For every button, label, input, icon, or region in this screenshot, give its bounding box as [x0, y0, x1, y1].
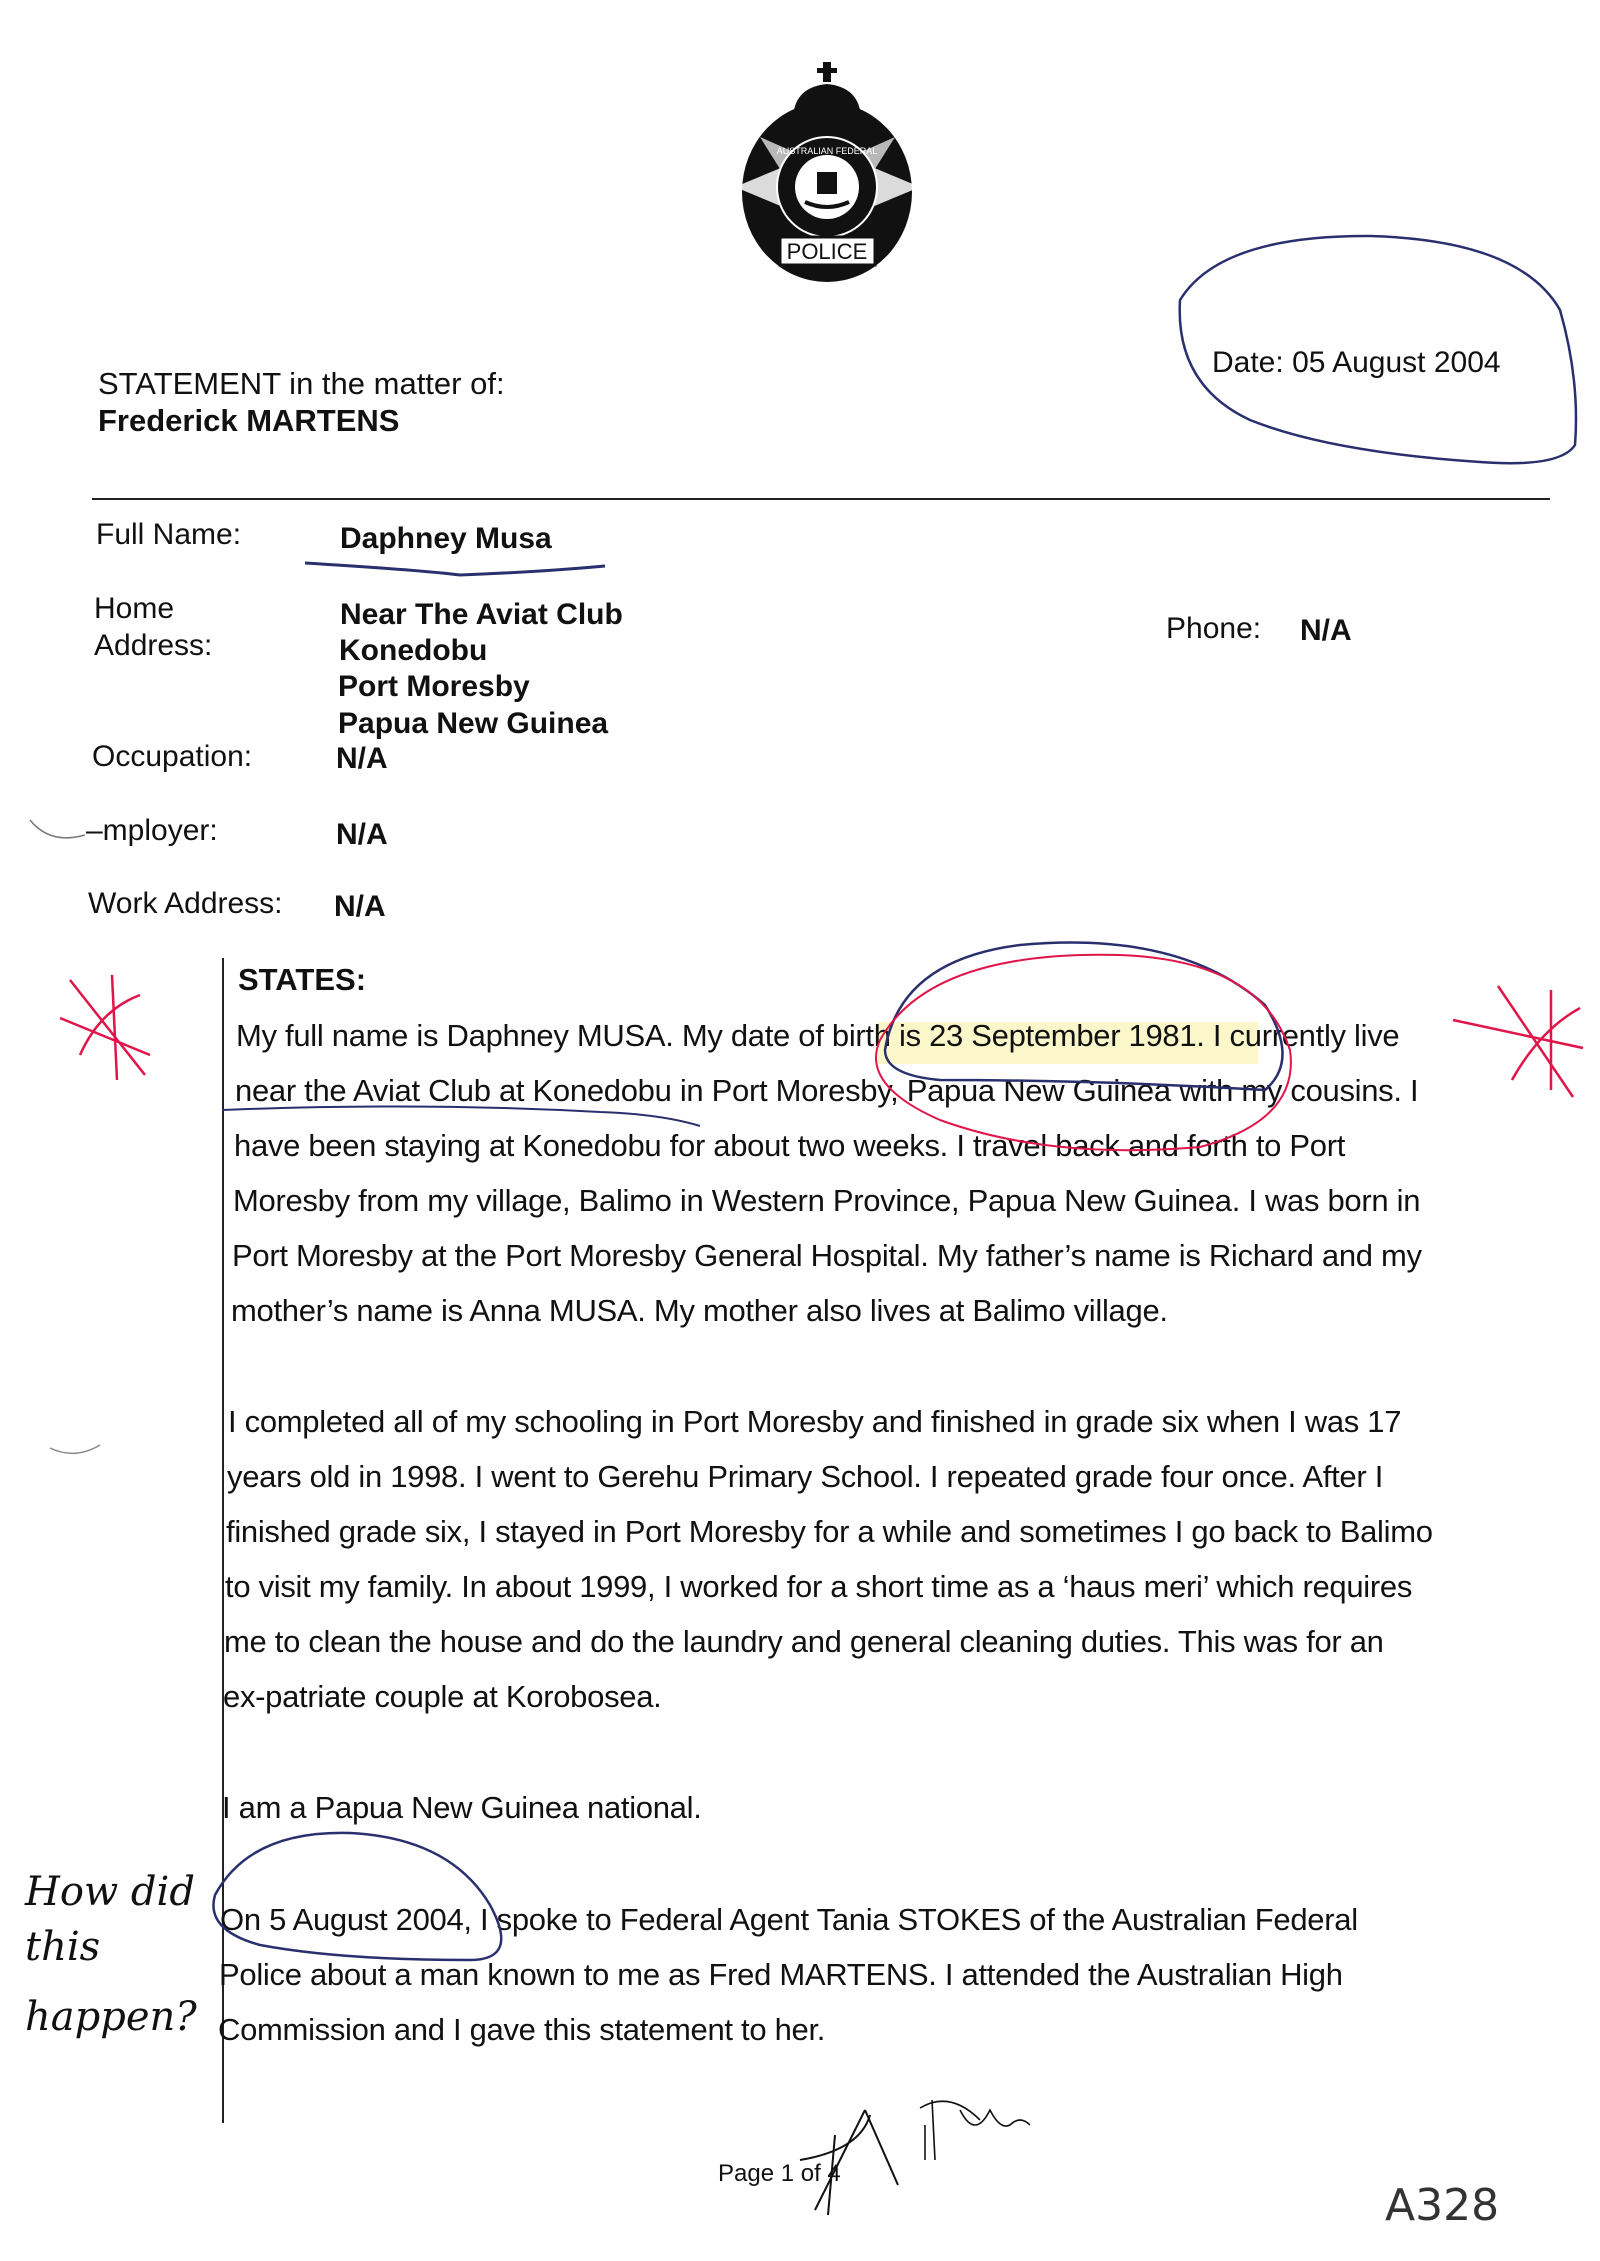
text-line: mother’s name is Anna MUSA. My mother al… — [231, 1293, 1168, 1329]
text-line: near the Aviat Club at Konedobu in Port … — [235, 1073, 1418, 1109]
red-asterisk-left-icon — [60, 975, 150, 1080]
text-line: Port Moresby at the Port Moresby General… — [232, 1238, 1422, 1274]
meeting-date-circle-annotation — [213, 1833, 501, 1960]
name-underline-annotation — [305, 563, 605, 575]
work-address-label: Work Address: — [88, 887, 283, 921]
employer-label: –mployer: — [86, 814, 218, 848]
statement-date: Date: 05 August 2004 — [1212, 346, 1501, 380]
page-number: Page 1 of 4 — [718, 2160, 841, 2188]
full-name-value: Daphney Musa — [340, 522, 552, 556]
text-line: ex-patriate couple at Korobosea. — [223, 1679, 661, 1715]
phone-label: Phone: — [1166, 612, 1261, 646]
address-underline-annotation — [222, 1106, 700, 1126]
margin-note-how-did-this-happen: How did this happen? — [24, 1869, 197, 2040]
date-value: 05 August 2004 — [1292, 346, 1501, 379]
text-line: Commission and I gave this statement to … — [218, 2012, 825, 2048]
states-heading: STATES: — [238, 962, 366, 998]
home-address-line: Papua New Guinea — [338, 707, 608, 741]
full-name-label: Full Name: — [96, 518, 241, 552]
red-asterisk-right-icon — [1453, 986, 1583, 1097]
occupation-label: Occupation: — [92, 740, 252, 774]
text-line: On 5 August 2004, I spoke to Federal Age… — [220, 1902, 1358, 1938]
margin-rule — [222, 958, 224, 2123]
home-address-line: Port Moresby — [338, 670, 530, 704]
svg-text:happen?: happen? — [25, 1994, 197, 2040]
signature-witness-icon — [920, 2100, 1030, 2160]
date-label: Date: — [1212, 346, 1284, 379]
home-address-label-1: Home — [94, 592, 174, 626]
text-line: finished grade six, I stayed in Port Mor… — [226, 1514, 1433, 1550]
text-line: Moresby from my village, Balimo in Weste… — [233, 1183, 1420, 1219]
home-address-line: Near The Aviat Club — [340, 598, 623, 632]
police-crest-icon: AUSTRALIAN FEDERAL POLICE — [735, 62, 920, 287]
svg-text:How did: How did — [24, 1869, 195, 1915]
svg-text:AUSTRALIAN FEDERAL: AUSTRALIAN FEDERAL — [777, 146, 878, 156]
employer-value: N/A — [336, 818, 388, 852]
work-address-value: N/A — [334, 890, 386, 924]
statement-title: STATEMENT in the matter of: — [98, 366, 505, 402]
svg-text:POLICE: POLICE — [787, 239, 868, 264]
text-line: me to clean the house and do the laundry… — [224, 1624, 1384, 1660]
text-line: My full name is Daphney MUSA. My date of… — [236, 1018, 1399, 1054]
home-address-line: Konedobu — [339, 634, 487, 668]
phone-value: N/A — [1300, 614, 1352, 648]
text-line: years old in 1998. I went to Gerehu Prim… — [227, 1459, 1383, 1495]
text-line: Police about a man known to me as Fred M… — [219, 1957, 1343, 1993]
matter-name: Frederick MARTENS — [98, 403, 399, 439]
header-divider — [92, 498, 1550, 500]
paragraph-3: I am a Papua New Guinea national. — [222, 1790, 702, 1826]
text-line: I completed all of my schooling in Port … — [228, 1404, 1401, 1440]
folio-number: A328 — [1385, 2180, 1499, 2231]
text-line: have been staying at Konedobu for about … — [234, 1128, 1345, 1164]
occupation-value: N/A — [336, 742, 388, 776]
home-address-label-2: Address: — [94, 629, 212, 663]
svg-text:this: this — [25, 1924, 100, 1970]
text-line: to visit my family. In about 1999, I wor… — [225, 1569, 1412, 1605]
dob-circle-blue-annotation — [885, 943, 1283, 1091]
